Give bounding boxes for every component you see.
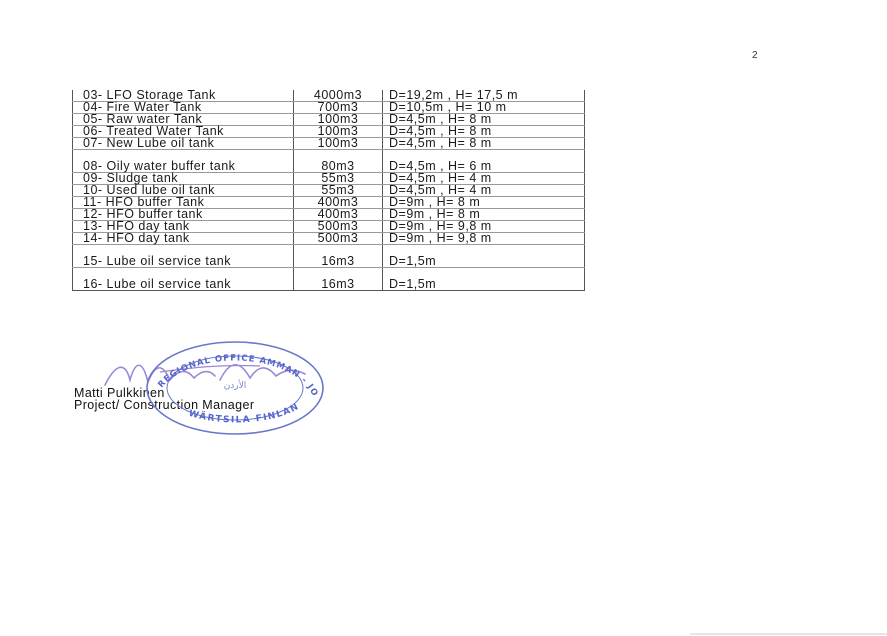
signatory-title: Project/ Construction Manager bbox=[74, 399, 254, 411]
scan-edge-artifact bbox=[690, 633, 887, 635]
table-row: 08- Oily water buffer tank80m3D=4,5m , H… bbox=[73, 150, 585, 173]
tank-name-cell: 14- HFO day tank bbox=[73, 233, 294, 245]
signature-block: Matti Pulkkinen Project/ Construction Ma… bbox=[74, 387, 254, 411]
table-row: 15- Lube oil service tank16m3D=1,5m bbox=[73, 245, 585, 268]
tank-name-cell: 16- Lube oil service tank bbox=[73, 268, 294, 291]
tank-volume-cell: 16m3 bbox=[294, 268, 383, 291]
table-row: 14- HFO day tank500m3D=9m , H= 9,8 m bbox=[73, 233, 585, 245]
tank-dimensions-cell: D=9m , H= 9,8 m bbox=[383, 233, 585, 245]
tank-dimensions-cell: D=4,5m , H= 8 m bbox=[383, 138, 585, 150]
tank-name-text: 15- Lube oil service tank bbox=[83, 256, 253, 267]
tank-name-cell: 08- Oily water buffer tank bbox=[73, 150, 294, 173]
tank-specification-table: 03- LFO Storage Tank4000m3D=19,2m , H= 1… bbox=[72, 90, 585, 291]
svg-text:WÄRTSILA FINLAND: WÄRTSILA FINLAND bbox=[140, 336, 301, 425]
stamp-bottom-text: WÄRTSILA FINLAND bbox=[140, 336, 301, 425]
page-number: 2 bbox=[752, 50, 758, 61]
table-row: 16- Lube oil service tank16m3D=1,5m bbox=[73, 268, 585, 291]
tank-volume-cell: 100m3 bbox=[294, 138, 383, 150]
tank-volume-cell: 16m3 bbox=[294, 245, 383, 268]
tank-volume-cell: 500m3 bbox=[294, 233, 383, 245]
tank-name-cell: 15- Lube oil service tank bbox=[73, 245, 294, 268]
tank-volume-cell: 80m3 bbox=[294, 150, 383, 173]
tank-name-cell: 07- New Lube oil tank bbox=[73, 138, 294, 150]
tank-dimensions-cell: D=1,5m bbox=[383, 268, 585, 291]
tank-name-text: 16- Lube oil service tank bbox=[83, 279, 253, 290]
company-stamp: REGIONAL OFFICE AMMAN - JORDAN WÄRTSILA … bbox=[140, 336, 330, 436]
tank-dimensions-cell: D=4,5m , H= 6 m bbox=[383, 150, 585, 173]
table-row: 07- New Lube oil tank100m3D=4,5m , H= 8 … bbox=[73, 138, 585, 150]
tank-dimensions-cell: D=1,5m bbox=[383, 245, 585, 268]
